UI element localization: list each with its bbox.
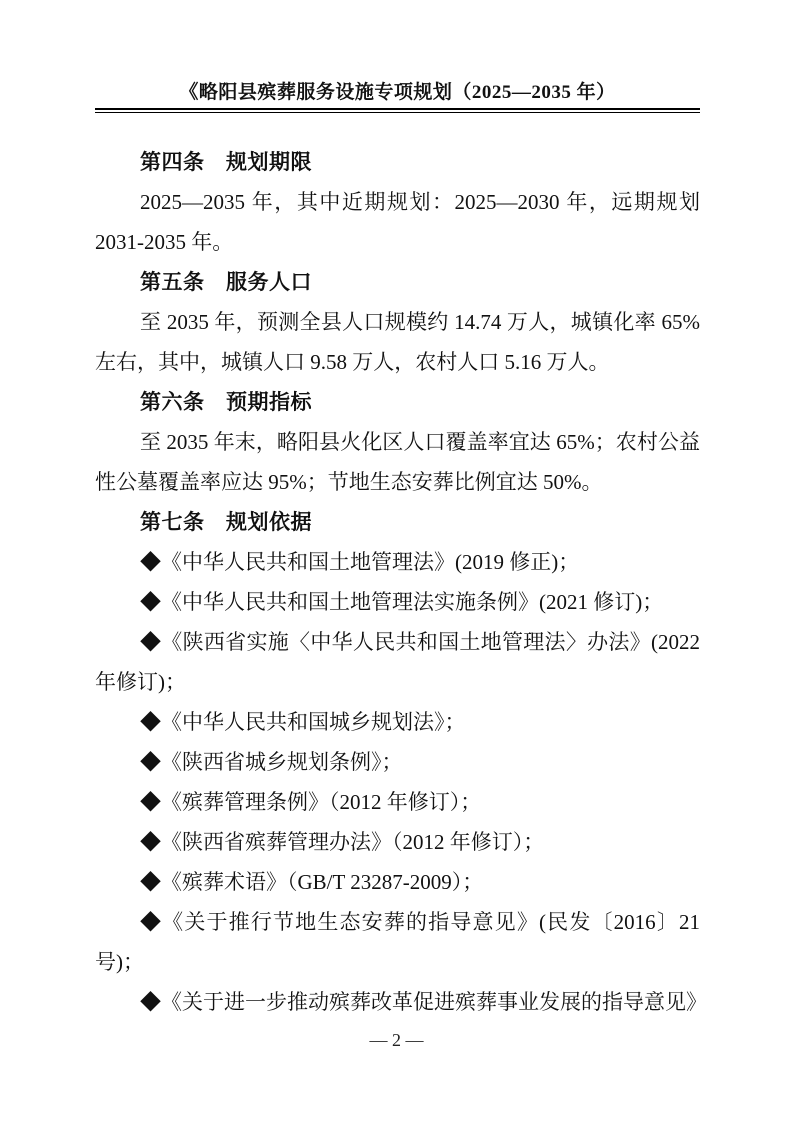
document-page: 《略阳县殡葬服务设施专项规划（2025—2035 年） 第四条 规划期限 202…	[0, 0, 793, 1122]
document-footer: — 2 —	[0, 1028, 793, 1052]
reference-item: ◆《陕西省实施〈中华人民共和国土地管理法〉办法》(2022 年修订)；	[95, 622, 700, 702]
reference-item: ◆《关于进一步推动殡葬改革促进殡葬事业发展的指导意见》	[95, 982, 700, 1022]
document-header-title: 《略阳县殡葬服务设施专项规划（2025—2035 年）	[95, 82, 700, 104]
document-body: 第四条 规划期限 2025—2035 年，其中近期规划：2025—2030 年，…	[95, 142, 700, 1022]
article-7-heading: 第七条 规划依据	[95, 502, 700, 542]
reference-item: ◆《关于推行节地生态安葬的指导意见》(民发〔2016〕21 号)；	[95, 902, 700, 982]
reference-item: ◆《中华人民共和国土地管理法实施条例》(2021 修订)；	[95, 582, 700, 622]
article-5-heading: 第五条 服务人口	[95, 262, 700, 302]
page-number: — 2 —	[370, 1030, 424, 1050]
article-6-paragraph: 至 2035 年末，略阳县火化区人口覆盖率宜达 65%；农村公益性公墓覆盖率应达…	[95, 422, 700, 502]
document-header: 《略阳县殡葬服务设施专项规划（2025—2035 年）	[95, 82, 700, 113]
article-4-heading: 第四条 规划期限	[95, 142, 700, 182]
article-4-paragraph: 2025—2035 年，其中近期规划：2025—2030 年，远期规划 2031…	[95, 182, 700, 262]
reference-item: ◆《殡葬术语》（GB/T 23287-2009）；	[95, 862, 700, 902]
header-double-rule	[95, 108, 700, 113]
reference-item: ◆《殡葬管理条例》（2012 年修订）；	[95, 782, 700, 822]
reference-item: ◆《陕西省殡葬管理办法》（2012 年修订）；	[95, 822, 700, 862]
article-6-heading: 第六条 预期指标	[95, 382, 700, 422]
article-5-paragraph: 至 2035 年，预测全县人口规模约 14.74 万人，城镇化率 65%左右，其…	[95, 302, 700, 382]
reference-item: ◆《中华人民共和国城乡规划法》；	[95, 702, 700, 742]
reference-item: ◆《陕西省城乡规划条例》；	[95, 742, 700, 782]
reference-item: ◆《中华人民共和国土地管理法》(2019 修正)；	[95, 542, 700, 582]
